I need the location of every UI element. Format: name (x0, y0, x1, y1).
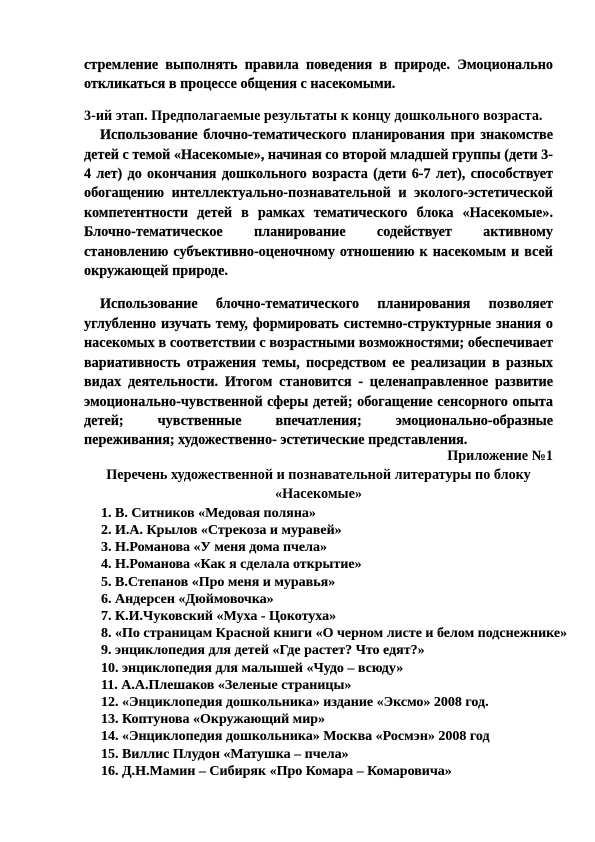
list-item: 7. К.И.Чуковский «Муха - Цокотуха» (101, 608, 553, 625)
list-item: 11. А.А.Плешаков «Зеленые страницы» (101, 677, 553, 694)
appendix-label: Приложение №1 (84, 446, 553, 466)
document-page-body: стремление выполнять правила поведения в… (84, 56, 553, 451)
list-item: 4. Н.Романова «Как я сделала открытие» (101, 556, 553, 573)
appendix-section: Приложение №1 Перечень художественной и … (84, 446, 553, 780)
intro-paragraph: стремление выполнять правила поведения в… (84, 56, 553, 95)
list-item: 1. В. Ситников «Медовая поляна» (101, 505, 553, 522)
list-item: 13. Коптунова «Окружающий мир» (101, 711, 553, 728)
results-paragraph-2: Использование блочно-тематического плани… (84, 295, 553, 450)
list-item: 2. И.А. Крылов «Стрекоза и муравей» (101, 522, 553, 539)
literature-list: 1. В. Ситников «Медовая поляна» 2. И.А. … (84, 505, 553, 780)
list-item: 15. Виллис Плудон «Матушка – пчела» (101, 746, 553, 763)
list-item: 3. Н.Романова «У меня дома пчела» (101, 539, 553, 556)
list-item: 8. «По страницам Красной книги «О черном… (101, 625, 553, 642)
list-item: 9. энциклопедия для детей «Где растет? Ч… (101, 642, 553, 659)
appendix-title-line-2: «Насекомые» (84, 485, 553, 504)
list-item: 5. В.Степанов «Про меня и муравья» (101, 574, 553, 591)
list-item: 16. Д.Н.Мамин – Сибиряк «Про Комара – Ко… (101, 763, 553, 780)
appendix-title-line-1: Перечень художественной и познавательной… (84, 466, 553, 485)
list-item: 6. Андерсен «Дюймовочка» (101, 591, 553, 608)
list-item: 12. «Энциклопедия дошкольника» издание «… (101, 694, 553, 711)
list-item: 14. «Энциклопедия дошкольника» Москва «Р… (101, 728, 553, 745)
list-item: 10. энциклопедия для малышей «Чудо – всю… (101, 660, 553, 677)
results-paragraph-1: Использование блочно-тематического плани… (84, 126, 553, 281)
stage-heading: 3-ий этап. Предполагаемые результаты к к… (84, 107, 553, 126)
